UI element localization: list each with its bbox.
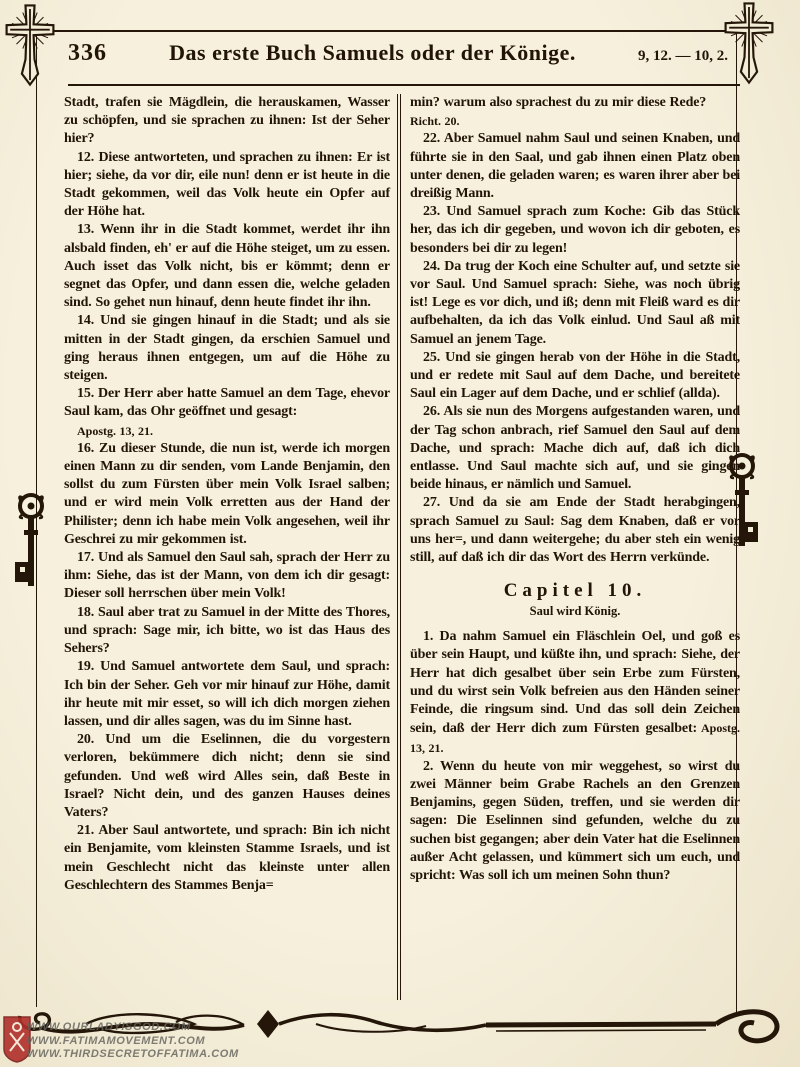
text-columns: Stadt, trafen sie Mägdlein, die herauska… xyxy=(64,94,740,1002)
chapter-heading: Capitel 10. xyxy=(410,580,740,602)
verse-text: 18. Saul aber trat zu Samuel in der Mitt… xyxy=(64,605,390,656)
page-number: 336 xyxy=(68,40,107,67)
verse-paragraph: 20. Und um die Eselinnen, die du vorgest… xyxy=(64,731,390,822)
verse-range: 9, 12. — 10, 2. xyxy=(638,48,728,65)
verse-paragraph: 2. Wenn du heute von mir weggehest, so w… xyxy=(410,758,740,885)
verse-paragraph: 13. Wenn ihr in die Stadt kommet, werdet… xyxy=(64,221,390,312)
verse-text: 19. Und Samuel antwortete dem Saul, und … xyxy=(64,659,390,729)
scanned-bible-page: 336 Das erste Buch Samuels oder der Köni… xyxy=(0,0,800,1067)
verse-paragraph: 15. Der Herr aber hatte Samuel an dem Ta… xyxy=(64,385,390,440)
running-head: 336 Das erste Buch Samuels oder der Köni… xyxy=(68,40,728,67)
watermark-line: WWW.OURLADYISGOD.COM xyxy=(27,1021,239,1035)
verse-paragraph: 17. Und als Samuel den Saul sah, sprach … xyxy=(64,549,390,604)
verse-paragraph: 21. Aber Saul antwortete, und sprach: Bi… xyxy=(64,822,390,895)
verse-text: 15. Der Herr aber hatte Samuel an dem Ta… xyxy=(64,386,390,419)
verse-text: 22. Aber Samuel nahm Saul und seinen Kna… xyxy=(410,131,740,201)
verse-text: 16. Zu dieser Stunde, die nun ist, werde… xyxy=(64,441,390,547)
verse-paragraph: 27. Und da sie am Ende der Stadt herabgi… xyxy=(410,494,740,567)
left-column: Stadt, trafen sie Mägdlein, die herauska… xyxy=(64,94,396,1002)
page-title: Das erste Buch Samuels oder der Könige. xyxy=(107,40,638,66)
verse-text: 23. Und Samuel sprach zum Koche: Gib das… xyxy=(410,204,740,255)
verse-text: 20. Und um die Eselinnen, die du vorgest… xyxy=(64,732,390,820)
verse-paragraph: 18. Saul aber trat zu Samuel in der Mitt… xyxy=(64,604,390,659)
cross-reference: Apostg. 13, 21. xyxy=(64,422,390,440)
verse-text: 13. Wenn ihr in die Stadt kommet, werdet… xyxy=(64,222,390,310)
right-column: min? warum also sprachest du zu mir dies… xyxy=(396,94,740,1002)
column-divider-rule xyxy=(397,94,401,1000)
watermark: WWW.OURLADYISGOD.COM WWW.FATIMAMOVEMENT.… xyxy=(27,1021,239,1062)
header-rule xyxy=(68,84,740,86)
verse-paragraph: 25. Und sie gingen herab von der Höhe in… xyxy=(410,349,740,404)
chapter-subtitle: Saul wird König. xyxy=(410,604,740,619)
verse-text: Stadt, trafen sie Mägdlein, die herauska… xyxy=(64,95,390,146)
verse-paragraph: 14. Und sie gingen hinauf in die Stadt; … xyxy=(64,312,390,385)
verse-paragraph: 26. Als sie nun des Morgens aufgestanden… xyxy=(410,403,740,494)
verse-paragraph: 24. Da trug der Koch eine Schulter auf, … xyxy=(410,258,740,349)
verse-text: 2. Wenn du heute von mir weggehest, so w… xyxy=(410,759,740,883)
verse-text: 17. Und als Samuel den Saul sah, sprach … xyxy=(64,550,390,601)
verse-text: 27. Und da sie am Ende der Stadt herabgi… xyxy=(410,495,740,565)
verse-paragraph: 19. Und Samuel antwortete dem Saul, und … xyxy=(64,658,390,731)
verse-paragraph: 1. Da nahm Samuel ein Fläschlein Oel, un… xyxy=(410,628,740,757)
corner-cross-icon xyxy=(3,3,57,87)
key-ornament-icon xyxy=(11,492,51,588)
corner-cross-icon xyxy=(722,1,776,85)
verse-paragraph: 16. Zu dieser Stunde, die nun ist, werde… xyxy=(64,440,390,549)
verse-text: 25. Und sie gingen herab von der Höhe in… xyxy=(410,350,740,401)
watermark-line: WWW.THIRDSECRETOFFATIMA.COM xyxy=(27,1048,239,1062)
frame-top-rule xyxy=(30,30,758,32)
cross-reference: Richt. 20. xyxy=(410,112,740,130)
verse-text: 1. Da nahm Samuel ein Fläschlein Oel, un… xyxy=(410,629,740,736)
verse-paragraph: 22. Aber Samuel nahm Saul und seinen Kna… xyxy=(410,130,740,203)
verse-text: min? warum also sprachest du zu mir dies… xyxy=(410,95,706,110)
verse-text: 21. Aber Saul antwortete, und sprach: Bi… xyxy=(64,823,390,893)
verse-paragraph: 12. Diese antworteten, und sprachen zu i… xyxy=(64,149,390,222)
watermark-line: WWW.FATIMAMOVEMENT.COM xyxy=(27,1035,239,1049)
verse-paragraph: Stadt, trafen sie Mägdlein, die herauska… xyxy=(64,94,390,149)
verse-paragraph: min? warum also sprachest du zu mir dies… xyxy=(410,94,740,130)
verse-text: 24. Da trug der Koch eine Schulter auf, … xyxy=(410,259,740,347)
verse-text: 14. Und sie gingen hinauf in die Stadt; … xyxy=(64,313,390,383)
verse-text: 26. Als sie nun des Morgens aufgestanden… xyxy=(410,404,740,492)
verse-paragraph: 23. Und Samuel sprach zum Koche: Gib das… xyxy=(410,203,740,258)
verse-text: 12. Diese antworteten, und sprachen zu i… xyxy=(64,150,390,220)
